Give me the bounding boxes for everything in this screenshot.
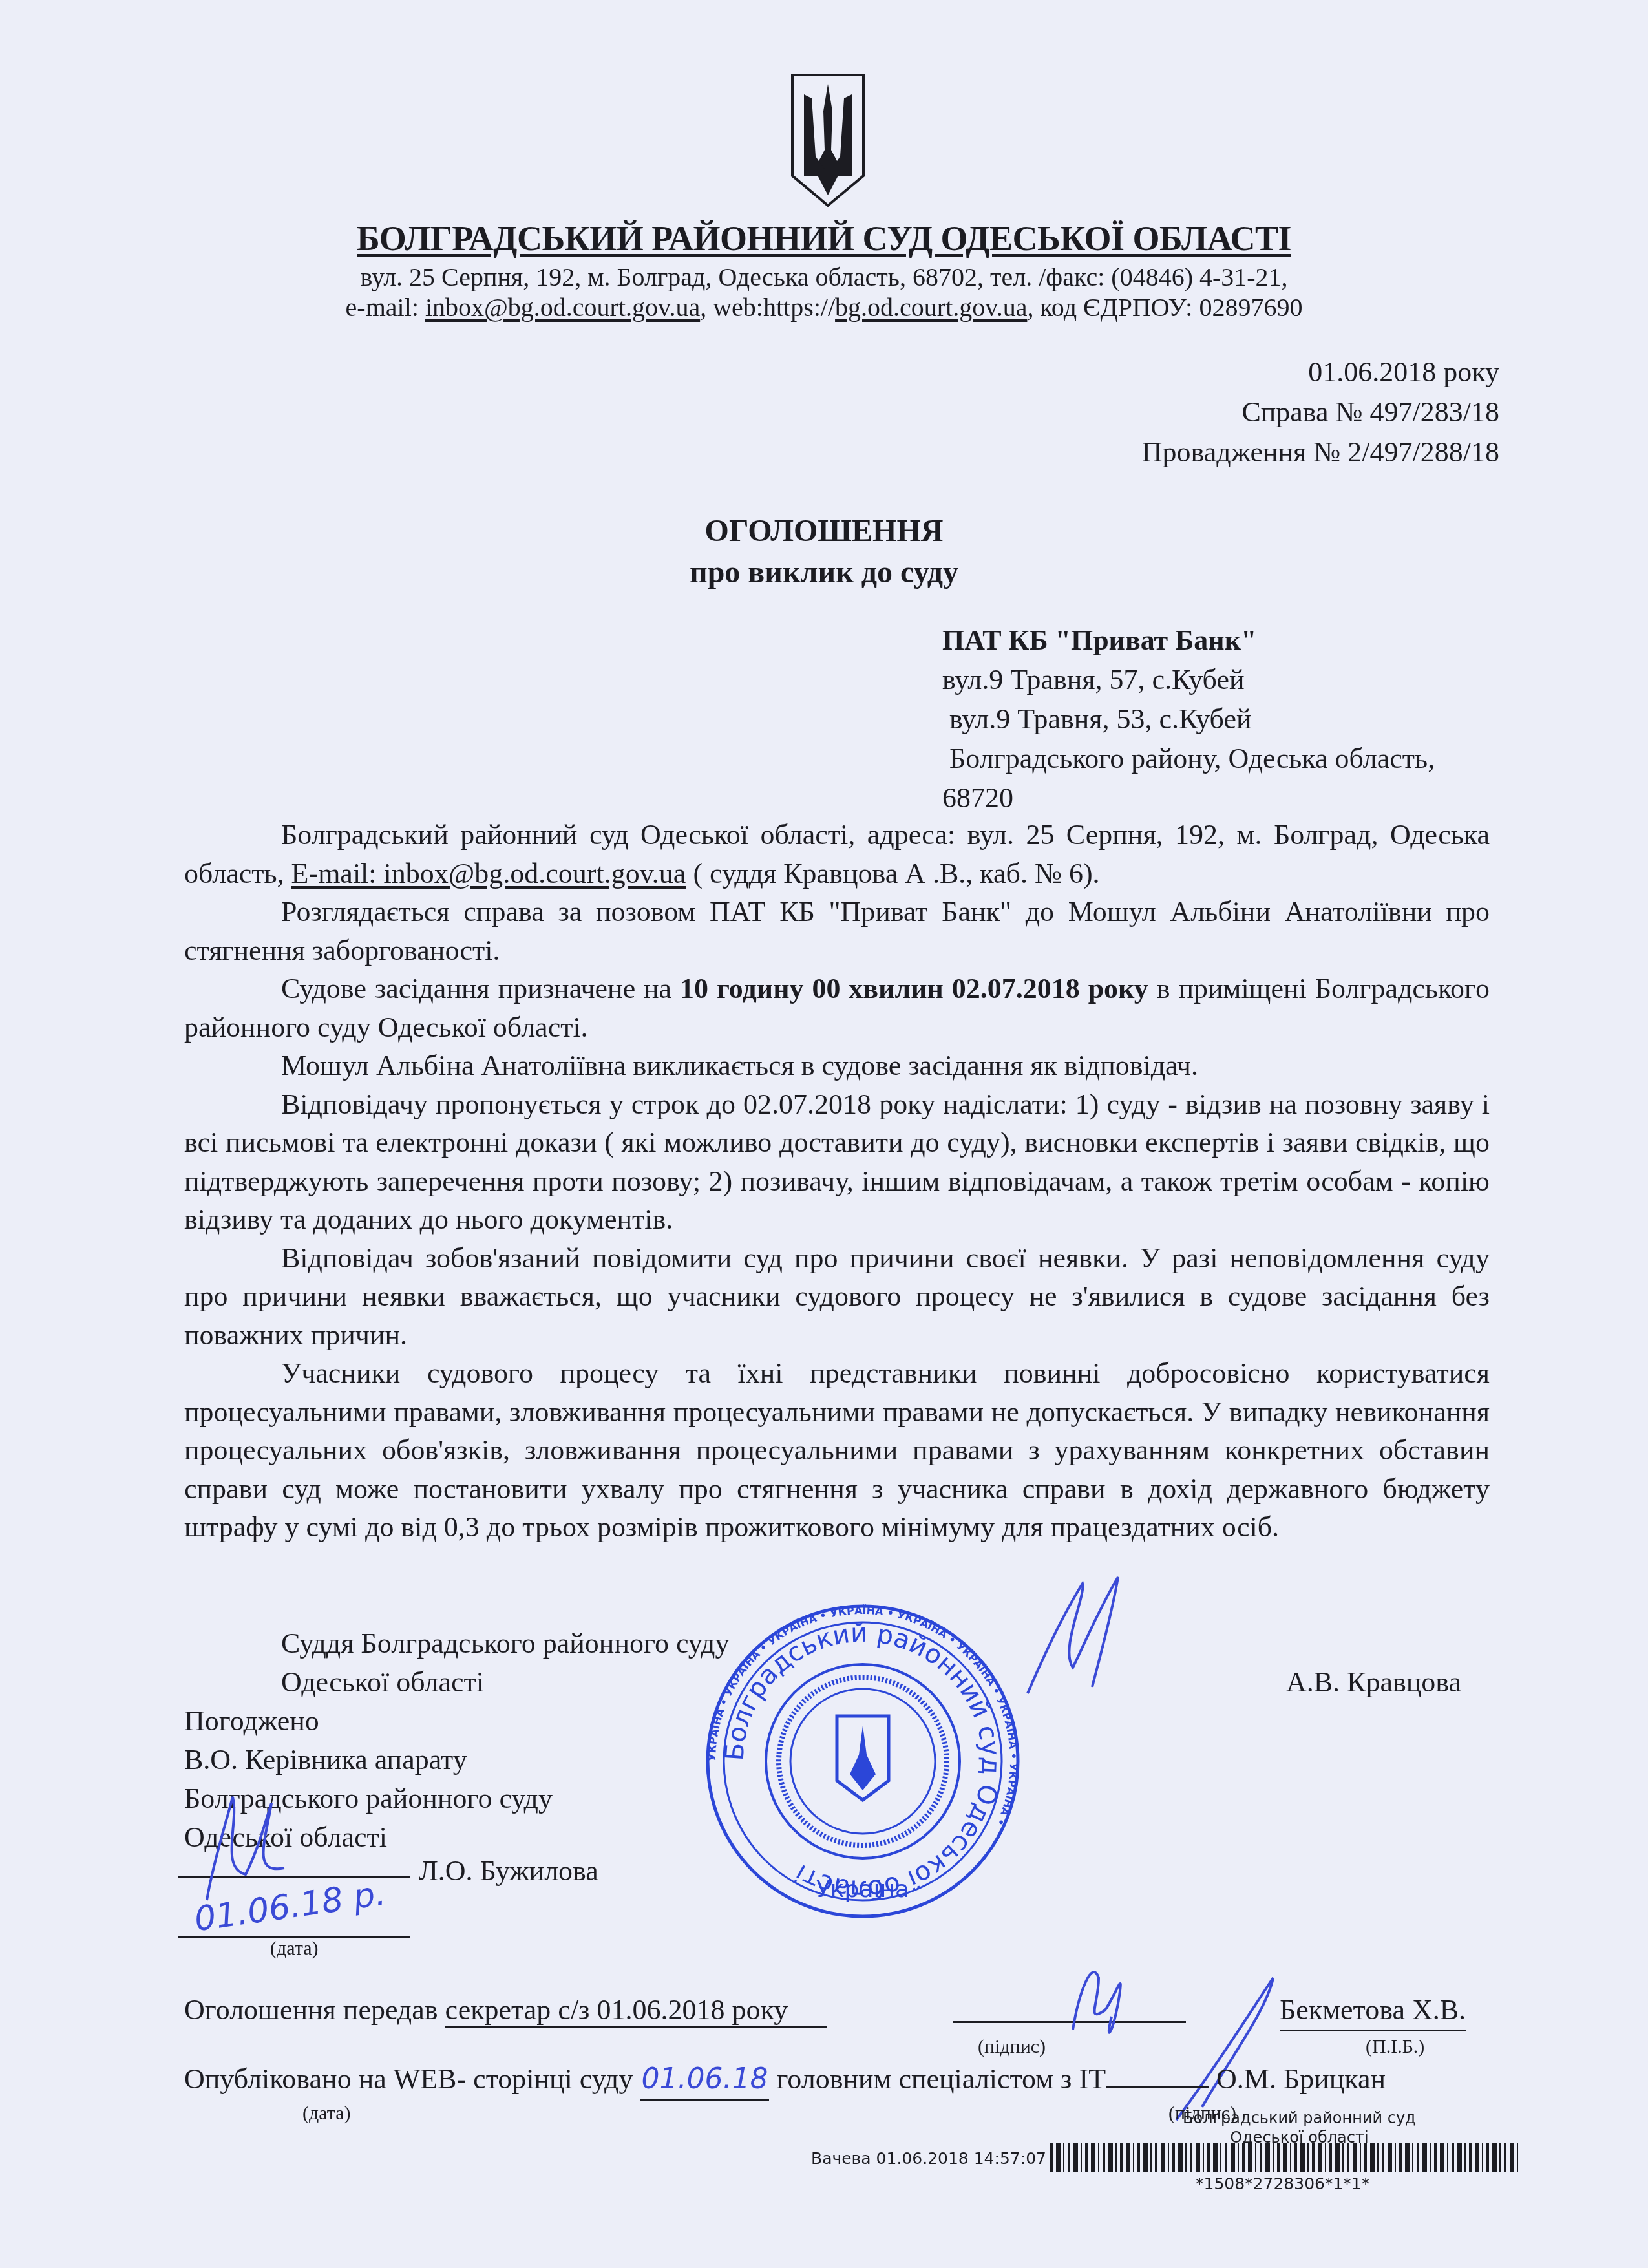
- recipient-address-line: вул.9 Травня, 57, с.Кубей: [942, 660, 1435, 699]
- it-signature-line: [1106, 2086, 1209, 2088]
- paragraph-court-address: Болградський районний суд Одеської облас…: [184, 816, 1490, 893]
- heading-title: ОГОЛОШЕННЯ: [0, 511, 1648, 552]
- notice-body: Болградський районний суд Одеської облас…: [184, 816, 1490, 1547]
- court-email-link[interactable]: inbox@bg.od.court.gov.ua: [425, 293, 700, 322]
- paragraph-response: Відповідачу пропонується у строк до 02.0…: [184, 1085, 1490, 1239]
- approver-signature-icon: [194, 1784, 310, 1913]
- it-specialist-name: О.М. Брицкан: [1216, 2063, 1386, 2095]
- recipient-name: ПАТ КБ "Приват Банк": [942, 620, 1435, 660]
- coat-of-arms-icon: [790, 72, 866, 208]
- barcode-number: *1508*2728306*1*1*: [1196, 2174, 1369, 2193]
- paragraph-obligation: Відповідач зобов'язаний повідомити суд п…: [184, 1239, 1490, 1355]
- judge-name: А.В. Кравцова: [1286, 1663, 1461, 1702]
- recipient-block: ПАТ КБ "Приват Банк" вул.9 Травня, 57, с…: [942, 620, 1435, 818]
- registration-court: Болградський районний суд Одеської облас…: [1183, 2108, 1416, 2147]
- paragraph-penalty: Учасники судового процесу та їхні предст…: [184, 1354, 1490, 1547]
- court-web-link[interactable]: bg.od.court.gov.ua: [835, 293, 1027, 322]
- heading-subtitle: про виклик до суду: [0, 552, 1648, 593]
- paragraph-case: Розглядається справа за позовом ПАТ КБ "…: [184, 893, 1490, 970]
- recipient-postcode: 68720: [942, 778, 1435, 818]
- recipient-address-line: Болградського району, Одеська область,: [942, 739, 1435, 778]
- approver-name: Л.О. Бужилова: [419, 1852, 598, 1891]
- judge-signature-icon: [1021, 1571, 1150, 1700]
- case-number: Справа № 497/283/18: [1142, 392, 1499, 432]
- svg-text:Україна: Україна: [816, 1876, 909, 1903]
- paragraph-hearing: Судове засідання призначене на 10 годину…: [184, 970, 1490, 1046]
- name-caption: (П.І.Б.): [1366, 2036, 1424, 2058]
- recipient-address-line: вул.9 Травня, 53, с.Кубей: [942, 699, 1435, 739]
- court-contacts: e-mail: inbox@bg.od.court.gov.ua, web:ht…: [0, 292, 1648, 323]
- court-name: БОЛГРАДСЬКИЙ РАЙОННИЙ СУД ОДЕСЬКОЇ ОБЛАС…: [0, 218, 1648, 259]
- published-date: 01.06.18: [640, 2060, 769, 2101]
- court-address: вул. 25 Серпня, 192, м. Болград, Одеська…: [0, 262, 1648, 292]
- transmitted-value: секретар с/з 01.06.2018 року: [445, 1994, 827, 2028]
- paragraph-summons: Мошул Альбіна Анатоліївна викликається в…: [184, 1046, 1490, 1085]
- transmitted-row: Оголошення передав секретар с/з 01.06.20…: [184, 1991, 827, 2030]
- document-meta: 01.06.2018 року Справа № 497/283/18 Пров…: [1142, 352, 1499, 472]
- document-date: 01.06.2018 року: [1142, 352, 1499, 392]
- judge-title: Суддя Болградського районного суду Одесь…: [281, 1624, 729, 1702]
- registration-stamp: Вачева 01.06.2018 14:57:07: [811, 2149, 1046, 2168]
- court-email-link[interactable]: E-mail: inbox@bg.od.court.gov.ua: [291, 858, 686, 889]
- published-row: Опубліковано на WEB- сторінці суду 01.06…: [184, 2060, 1386, 2101]
- document-heading: ОГОЛОШЕННЯ про виклик до суду: [0, 511, 1648, 593]
- date-caption: (дата): [302, 2103, 351, 2125]
- date-caption: (дата): [270, 1938, 319, 1960]
- barcode-icon: [1050, 2143, 1519, 2172]
- hearing-datetime: 10 годину 00 хвилин 02.07.2018 року: [680, 973, 1148, 1004]
- proceeding-number: Провадження № 2/497/288/18: [1142, 432, 1499, 472]
- court-seal-icon: УКРАЇНА • УКРАЇНА • УКРАЇНА • УКРАЇНА • …: [701, 1600, 1024, 1923]
